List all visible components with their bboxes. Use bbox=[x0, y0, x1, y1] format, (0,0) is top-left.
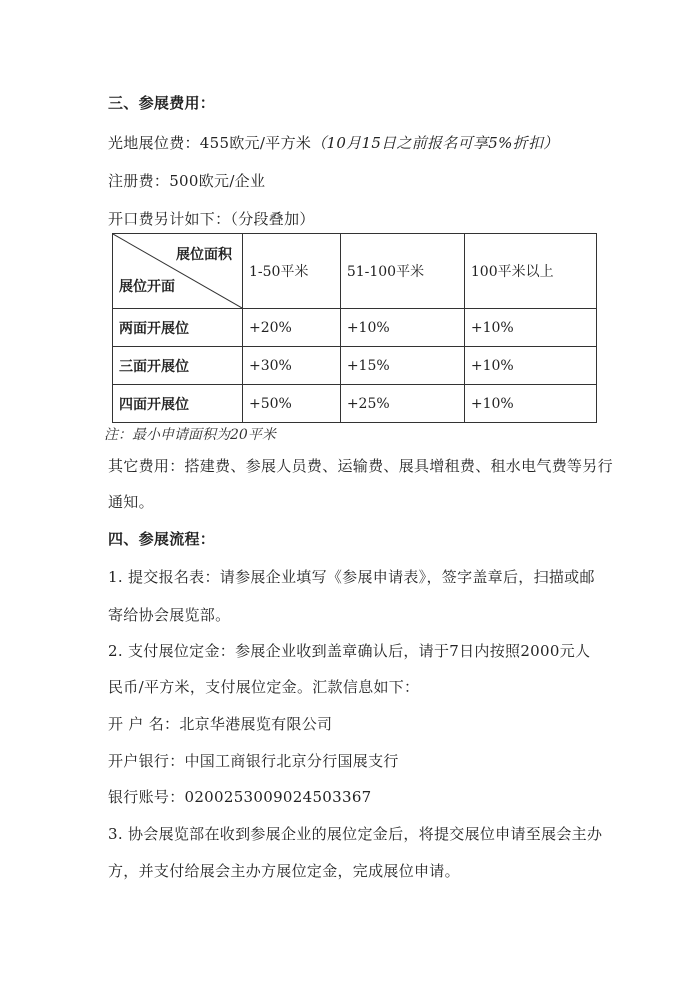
table-corner-cell: 展位面积 展位开面 bbox=[113, 234, 243, 309]
table-cell: +15% bbox=[340, 347, 464, 385]
table-row: 三面开展位 +30% +15% +10% bbox=[113, 347, 597, 385]
table-row: 四面开展位 +50% +25% +10% bbox=[113, 385, 597, 423]
column-header: 1-50平米 bbox=[243, 234, 341, 309]
row-label: 三面开展位 bbox=[113, 347, 243, 385]
table-cell: +10% bbox=[464, 309, 596, 347]
table-cell: +50% bbox=[243, 385, 341, 423]
corner-bottom-label: 展位开面 bbox=[119, 276, 175, 296]
row-label: 两面开展位 bbox=[113, 309, 243, 347]
other-fees-line1: 其它费用：搭建费、参展人员费、运输费、展具增租费、租水电气费等另行 bbox=[108, 455, 613, 476]
opening-fee-table: 展位面积 展位开面 1-50平米 51-100平米 100平米以上 两面开展位 … bbox=[112, 233, 597, 423]
step1-line2: 寄给协会展览部。 bbox=[108, 604, 230, 625]
column-header: 51-100平米 bbox=[340, 234, 464, 309]
table-cell: +30% bbox=[243, 347, 341, 385]
table-cell: +25% bbox=[340, 385, 464, 423]
registration-fee: 注册费：500欧元/企业 bbox=[108, 170, 265, 191]
column-header: 100平米以上 bbox=[464, 234, 596, 309]
bank-name: 开户银行：中国工商银行北京分行国展支行 bbox=[108, 750, 399, 771]
opening-fee-intro: 开口费另计如下：（分段叠加） bbox=[108, 208, 315, 229]
table-cell: +10% bbox=[464, 385, 596, 423]
table-cell: +20% bbox=[243, 309, 341, 347]
section3-heading: 三、参展费用： bbox=[108, 92, 215, 113]
other-fees-line2: 通知。 bbox=[108, 491, 154, 512]
step3-line1: 3. 协会展览部在收到参展企业的展位定金后，将提交展位申请至展会主办 bbox=[108, 823, 602, 844]
table-note: 注：最小申请面积为20平米 bbox=[104, 424, 276, 444]
step1-line1: 1. 提交报名表：请参展企业填写《参展申请表》，签字盖章后，扫描或邮 bbox=[108, 566, 595, 587]
step2-line1: 2. 支付展位定金：参展企业收到盖章确认后，请于7日内按照2000元人 bbox=[108, 640, 590, 661]
step3-line2: 方，并支付给展会主办方展位定金，完成展位申请。 bbox=[108, 860, 460, 881]
corner-top-label: 展位面积 bbox=[176, 244, 232, 264]
account-number: 银行账号：0200253009024503367 bbox=[108, 786, 372, 807]
booth-fee-line: 光地展位费：455欧元/平方米（10月15日之前报名可享5%折扣） bbox=[108, 132, 559, 153]
booth-fee-discount: （10月15日之前报名可享5%折扣） bbox=[311, 134, 558, 152]
table-row: 两面开展位 +20% +10% +10% bbox=[113, 309, 597, 347]
table-cell: +10% bbox=[340, 309, 464, 347]
row-label: 四面开展位 bbox=[113, 385, 243, 423]
section4-heading: 四、参展流程： bbox=[108, 528, 215, 549]
account-name: 开 户 名：北京华港展览有限公司 bbox=[108, 713, 332, 734]
table-cell: +10% bbox=[464, 347, 596, 385]
booth-fee: 光地展位费：455欧元/平方米 bbox=[108, 134, 311, 152]
table-header-row: 展位面积 展位开面 1-50平米 51-100平米 100平米以上 bbox=[113, 234, 597, 309]
step2-line2: 民币/平方米，支付展位定金。汇款信息如下： bbox=[108, 676, 419, 697]
